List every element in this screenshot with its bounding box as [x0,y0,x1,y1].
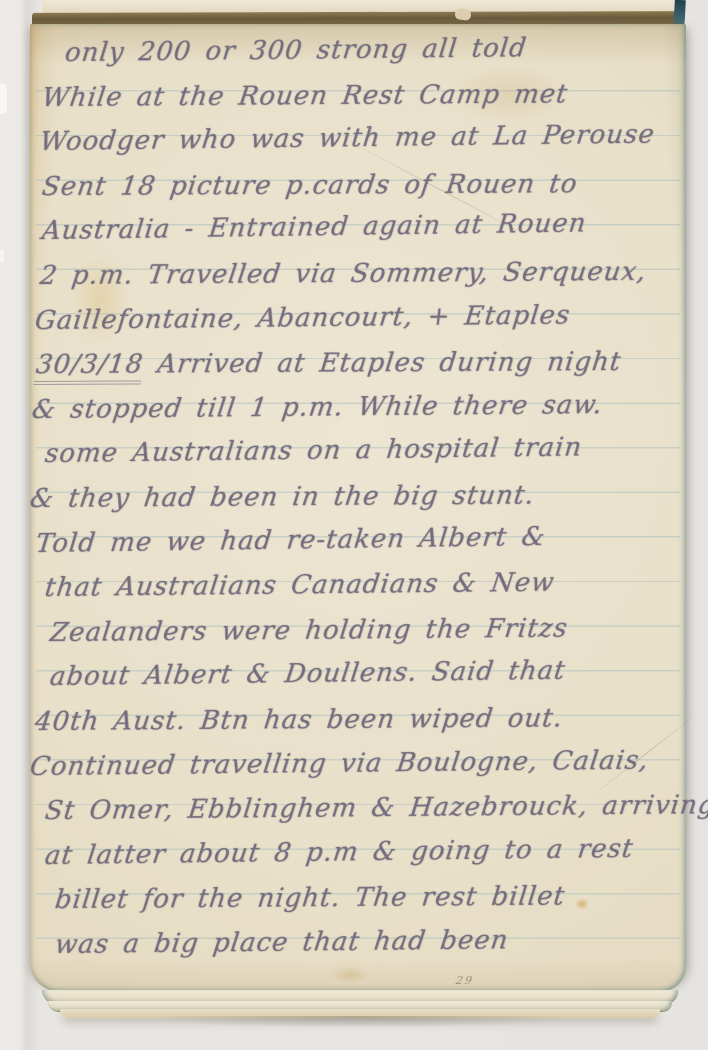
handwritten-line: was a big place that had been [52,916,691,967]
handwritten-line: that Australians Canadians & New [42,559,691,610]
left-page-sliver-small [0,250,4,262]
handwritten-text-block: only 200 or 300 strong all told While at… [40,31,688,967]
binding-band-notch [454,8,471,21]
handwritten-line: Continued travelling via Boulogne, Calai… [27,738,691,790]
handwritten-line: Told me we had re-taken Albert & [34,512,691,566]
handwritten-line: billet for the night. The rest billet [52,874,690,923]
notebook-drop-shadow [70,1016,650,1032]
handwritten-line: about Albert & Doullens. Said that [47,647,691,699]
handwritten-line: 40th Aust. Btn has been wiped out. [32,695,690,744]
handwritten-line: Woodger who was with me at La Perouse [38,112,691,165]
handwritten-line: some Australians on a hospital train [43,424,691,477]
handwritten-line: at latter about 8 p.m & going to a rest [42,826,691,879]
entry-date-rest: Arrived at Etaples during night [142,347,624,380]
handwritten-line-date: 30/3/18 Arrived at Etaples during night [33,340,690,388]
entry-date: 30/3/18 [34,350,145,386]
handwritten-line: only 200 or 300 strong all told [62,24,690,75]
handwritten-line: Australia - Entrained again at Rouen [40,200,691,254]
page-edge-number: 29 [455,974,475,987]
handwritten-line: St Omer, Ebblinghem & Hazebrouck, arrivi… [42,783,690,833]
handwritten-line: Gaillefontaine, Abancourt, + Etaples [32,292,690,343]
handwritten-line: 2 p.m. Travelled via Sommery, Serqueux, [37,249,691,298]
left-page-sliver [0,84,7,114]
notebook-scan: only 200 or 300 strong all told While at… [0,0,708,1050]
